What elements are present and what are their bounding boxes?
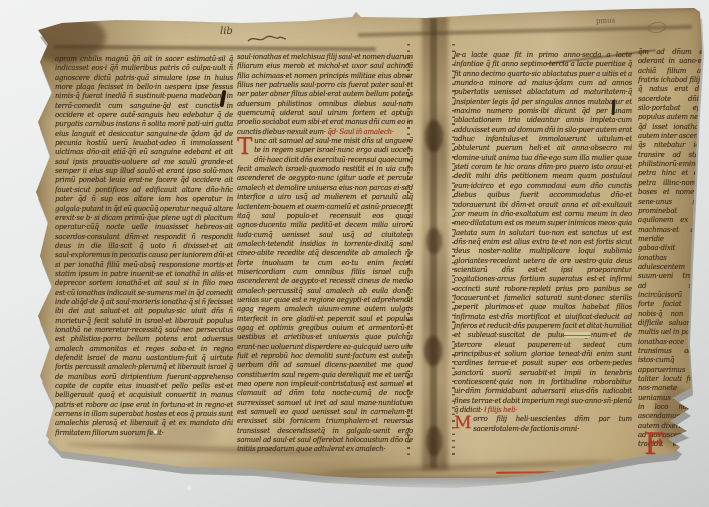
stain-top-rule-left <box>54 45 376 51</box>
sewing-blob-1 <box>425 120 443 152</box>
circled-mark <box>647 21 666 34</box>
quire-note: pmus <box>596 17 616 26</box>
column-3-para-text: orro filij heli·uescientes dñm par tum s… <box>473 415 632 432</box>
column-3-text: le·a lacte quae fit in primo anno·secda … <box>454 51 632 414</box>
pin-glint <box>188 486 191 490</box>
sewing-blob-2 <box>426 228 442 254</box>
text-column-3: le·a lacte quae fit in primo anno·secda … <box>454 51 632 481</box>
stain-top-rule-right <box>358 25 692 37</box>
rubric-filiis-heli: ł filijs heli· <box>484 406 517 414</box>
text-column-2: saul·ionathas et melchisua filij saul·et… <box>237 53 413 481</box>
initial-T: T <box>237 138 252 157</box>
stain-left-edge <box>26 26 54 456</box>
initial-M: M <box>454 416 471 431</box>
rubric-saul-in-amalech: q̃d· Saul in̄ amalech· <box>327 128 394 136</box>
text-column-1: apram cnbilis magnũ q̃ñ ait in sacer est… <box>55 55 233 479</box>
sewing-blob-3 <box>424 336 442 366</box>
sewing-blob-4 <box>426 426 442 456</box>
glint-spot-1 <box>154 430 157 434</box>
pen-flourish-icon <box>246 33 288 45</box>
column-2-text-b: unc ait samuel ad saul·me misit dñs ut u… <box>237 137 413 453</box>
column-1-text: apram cnbilis magnũ q̃ñ ait in sacer est… <box>55 55 233 437</box>
library-note: lib <box>220 26 233 37</box>
photo-background: lib pmus apram cnbilis magnũ q̃ñ ait in … <box>0 0 709 507</box>
erasure-red-line <box>564 335 591 336</box>
manuscript-leaf: lib pmus apram cnbilis magnũ q̃ñ ait in … <box>26 8 704 478</box>
glint-spot-2 <box>254 308 256 311</box>
column-2-text: saul·ionathas et melchisua filij saul·et… <box>237 53 413 136</box>
erasure-patch <box>564 332 591 338</box>
